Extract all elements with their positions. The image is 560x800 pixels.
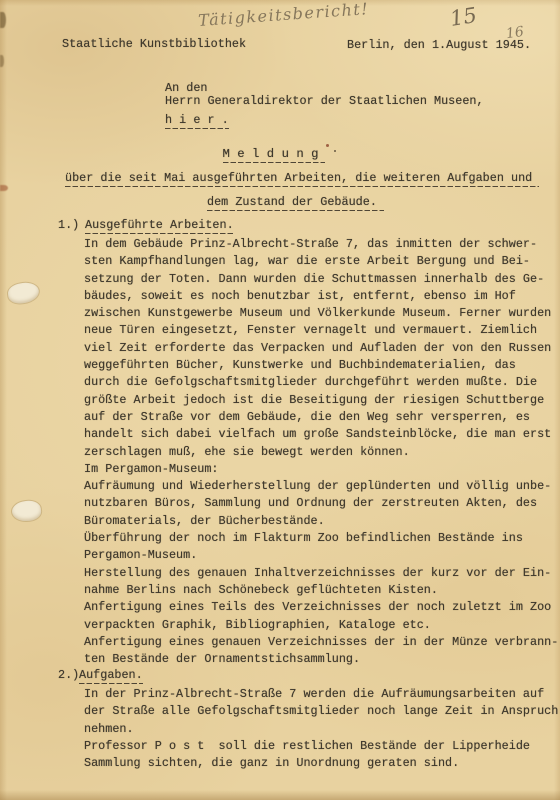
scanned-letter-page: Tätigkeitsbericht! 15 16 Staatliche Kuns… [0,0,560,800]
section-1-body: In dem Gebäude Prinz-Albrecht-Straße 7, … [84,236,554,668]
edge-stain-top-left-1 [0,12,6,28]
subject-line-1: über die seit Mai ausgeführten Arbeiten,… [65,170,539,187]
edge-stain-red-tick [0,185,8,191]
punch-hole-bottom [11,500,42,523]
ink-speck-1 [326,144,329,147]
recipient-line-2: Herrn Generaldirektor der Staatlichen Mu… [165,95,484,109]
pencil-note-handwritten: Tätigkeitsbericht! [198,0,370,30]
report-title: M e l d u n g [0,146,548,163]
recipient-place-hier: h i e r . [165,112,229,129]
section-1-number: 1.) [58,217,79,234]
page-number-15-handwritten: 15 [448,3,478,31]
sender-name: Staatliche Kunstbibliothek [62,36,246,53]
section-2-body: In der Prinz-Albrecht-Straße 7 werden di… [84,686,559,772]
subject-line-2: dem Zustand der Gebäude. [207,194,384,211]
section-1-heading: Ausgeführte Arbeiten. [85,217,234,234]
section-2-heading: Aufgaben. [79,667,143,684]
edge-stain-top-left-2 [0,55,4,67]
section-2-number: 2.) [58,667,79,684]
ink-speck-2 [334,150,336,152]
date-line: Berlin, den 1.August 1945. [347,37,531,54]
punch-hole-top [7,281,40,305]
